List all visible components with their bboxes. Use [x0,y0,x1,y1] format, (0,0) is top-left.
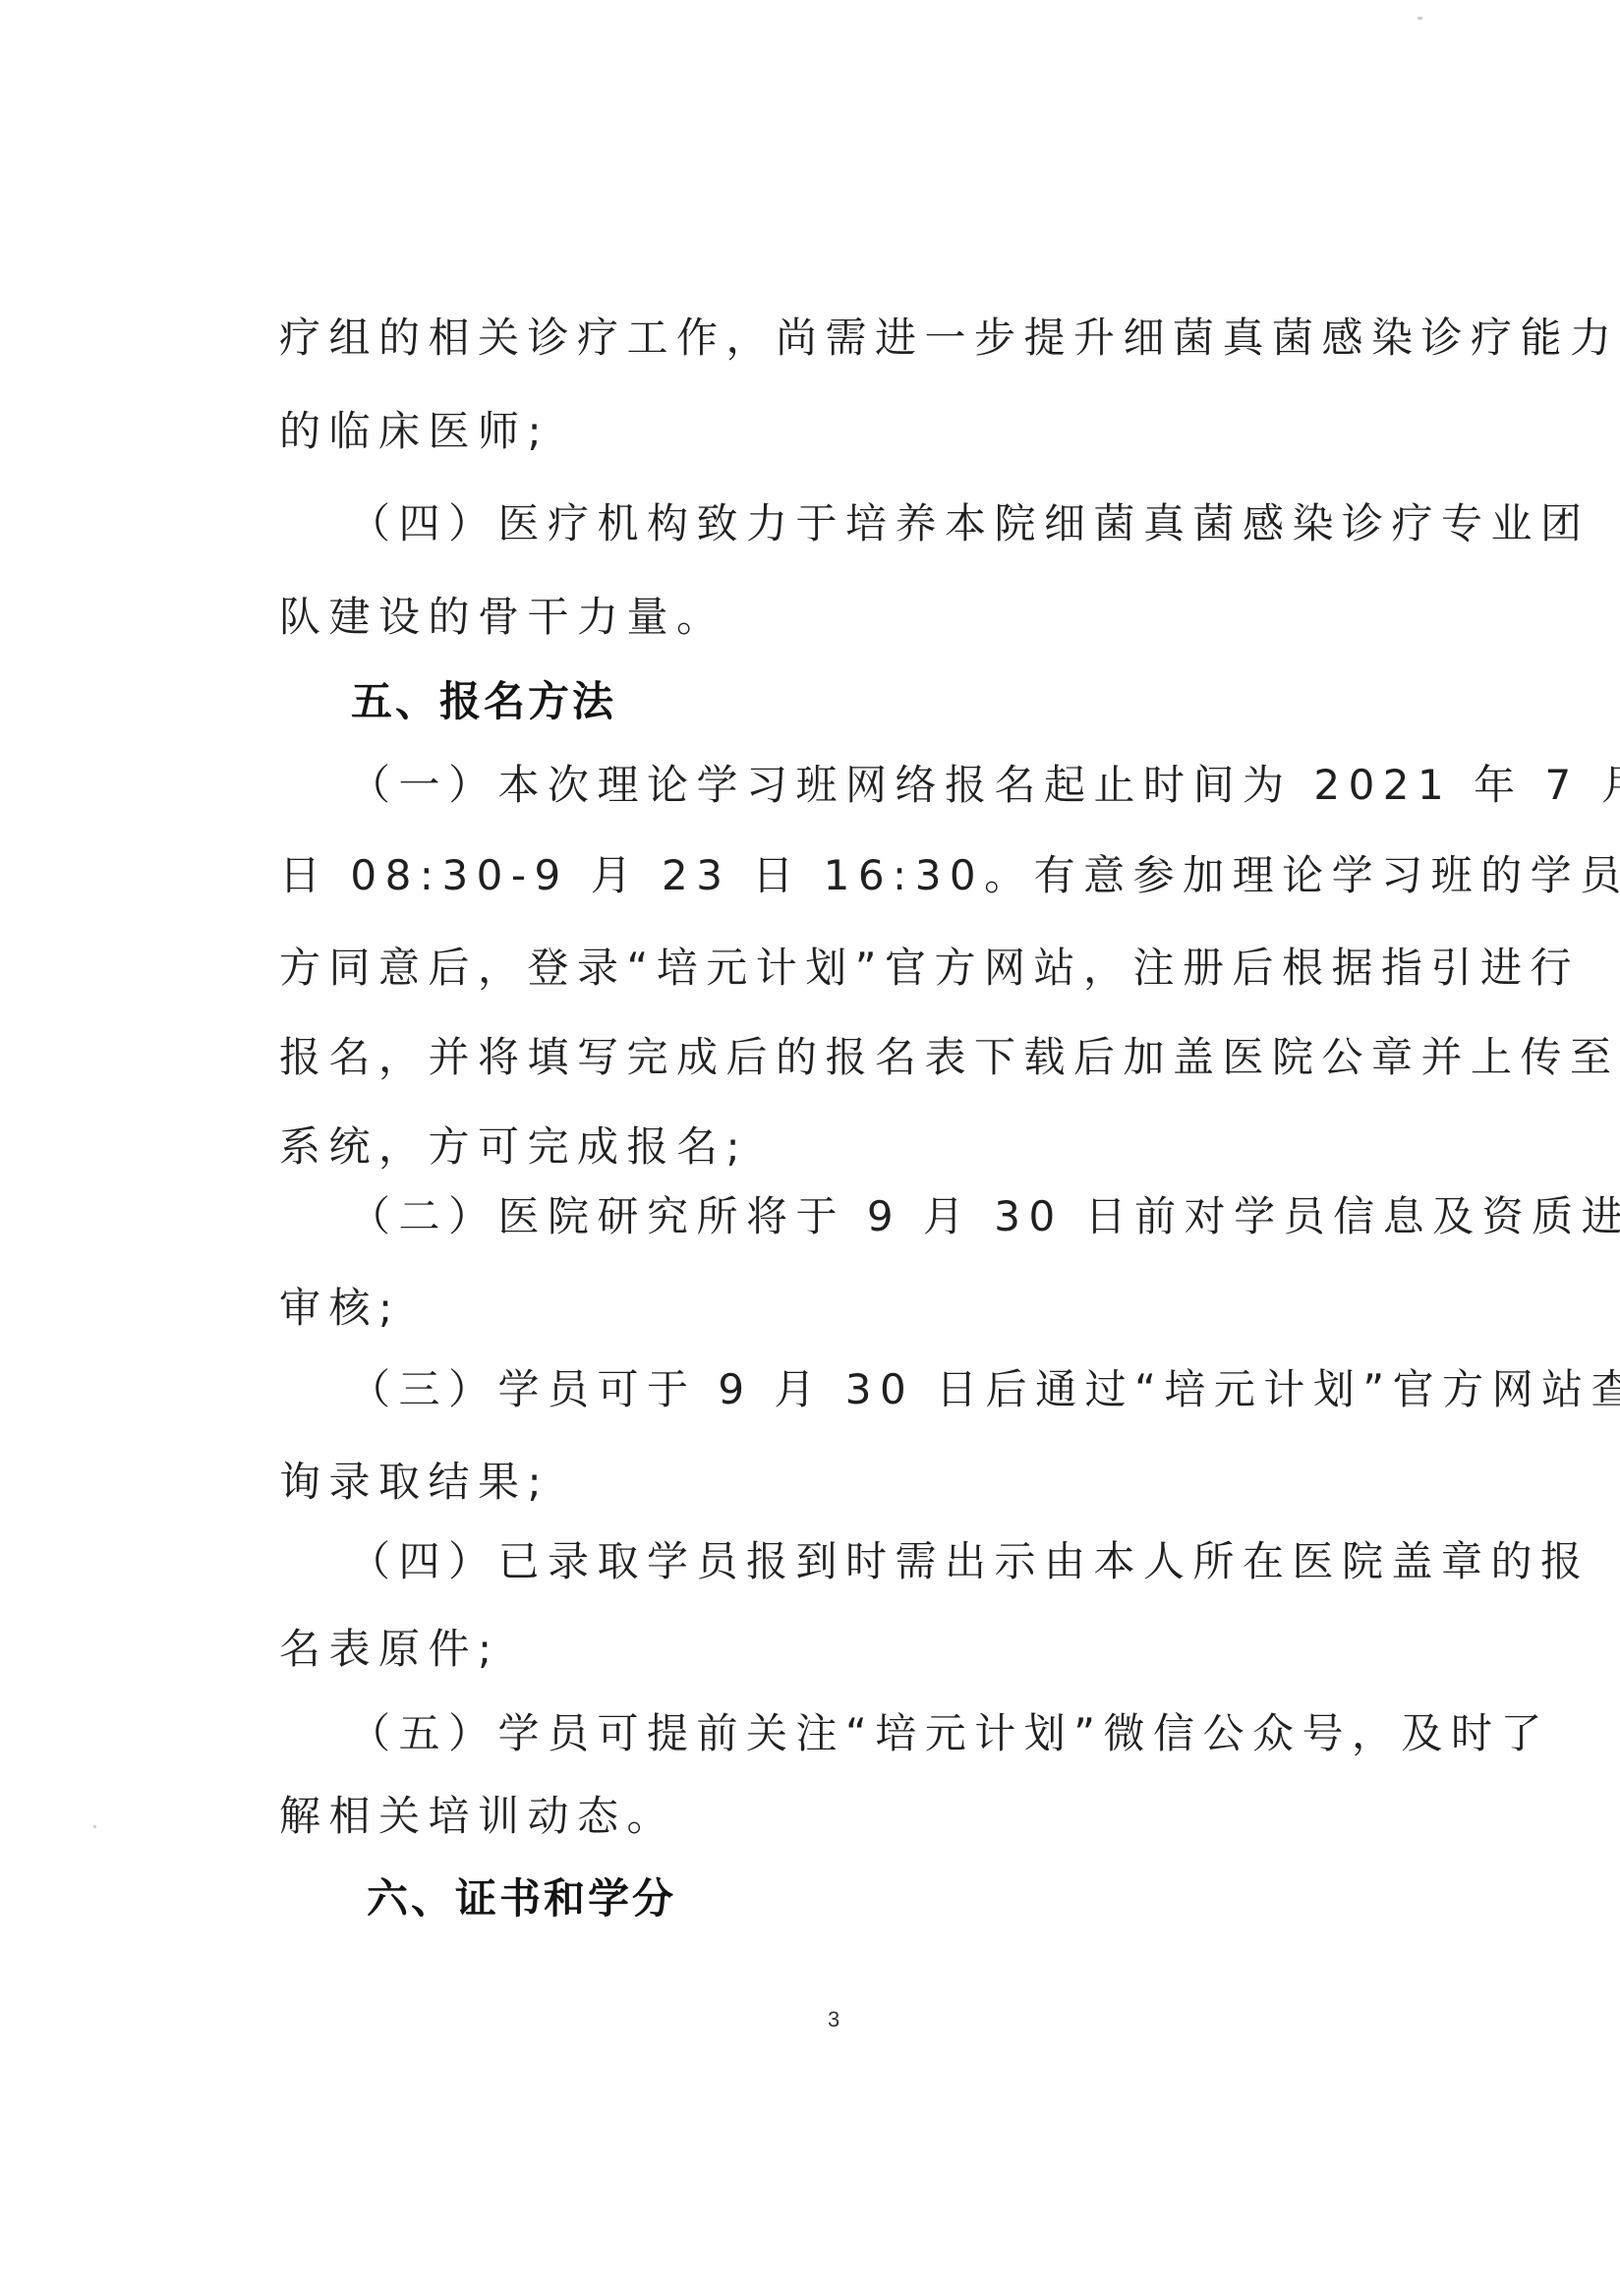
registration-item-3-line-1: （三）学员可于 9 月 30 日后通过“培元计划”官方网站查 [349,1364,1620,1415]
registration-item-1-line-3: 方同意后，登录“培元计划”官方网站，注册后根据指引进行 [279,943,1580,994]
list-item-4-line-1: （四）医疗机构致力于培养本院细菌真菌感染诊疗专业团 [349,498,1591,549]
list-item-4-line-2: 队建设的骨干力量。 [279,592,726,643]
document-page: 疗组的相关诊疗工作，尚需进一步提升细菌真菌感染诊疗能力 的临床医师; （四）医疗… [0,0,1620,2296]
body-line-1: 疗组的相关诊疗工作，尚需进一步提升细菌真菌感染诊疗能力 [279,313,1620,364]
registration-item-1-line-4: 报名，并将填写完成后的报名表下载后加盖医院公章并上传至 [279,1032,1620,1083]
registration-item-1-line-5: 系统，方可完成报名; [279,1121,748,1173]
registration-item-4-line-2: 名表原件; [279,1624,500,1675]
scan-artifact [93,1825,96,1828]
body-line-2: 的临床医师; [279,406,550,457]
registration-item-4-line-1: （四）已录取学员报到时需出示由本人所在医院盖章的报 [349,1536,1591,1587]
registration-item-1-line-1: （一）本次理论学习班网络报名起止时间为 2021 年 7 月 23 [349,760,1620,811]
scan-artifact [1417,17,1422,20]
registration-item-2-line-1: （二）医院研究所将于 9 月 30 日前对学员信息及资质进行 [349,1191,1620,1242]
registration-item-5-line-2: 解相关培训动态。 [279,1791,676,1842]
registration-item-2-line-2: 审核; [279,1283,401,1334]
section-heading-registration: 五、报名方法 [351,676,616,727]
registration-item-5-line-1: （五）学员可提前关注“培元计划”微信公众号，及时了 [349,1708,1550,1759]
page-number: 3 [828,2007,839,2033]
section-heading-certificate-credits: 六、证书和学分 [367,1873,676,1924]
registration-item-1-line-2: 日 08:30-9 月 23 日 16:30。有意参加理论学习班的学员，经院 [279,850,1620,901]
registration-item-3-line-2: 询录取结果; [279,1457,550,1508]
